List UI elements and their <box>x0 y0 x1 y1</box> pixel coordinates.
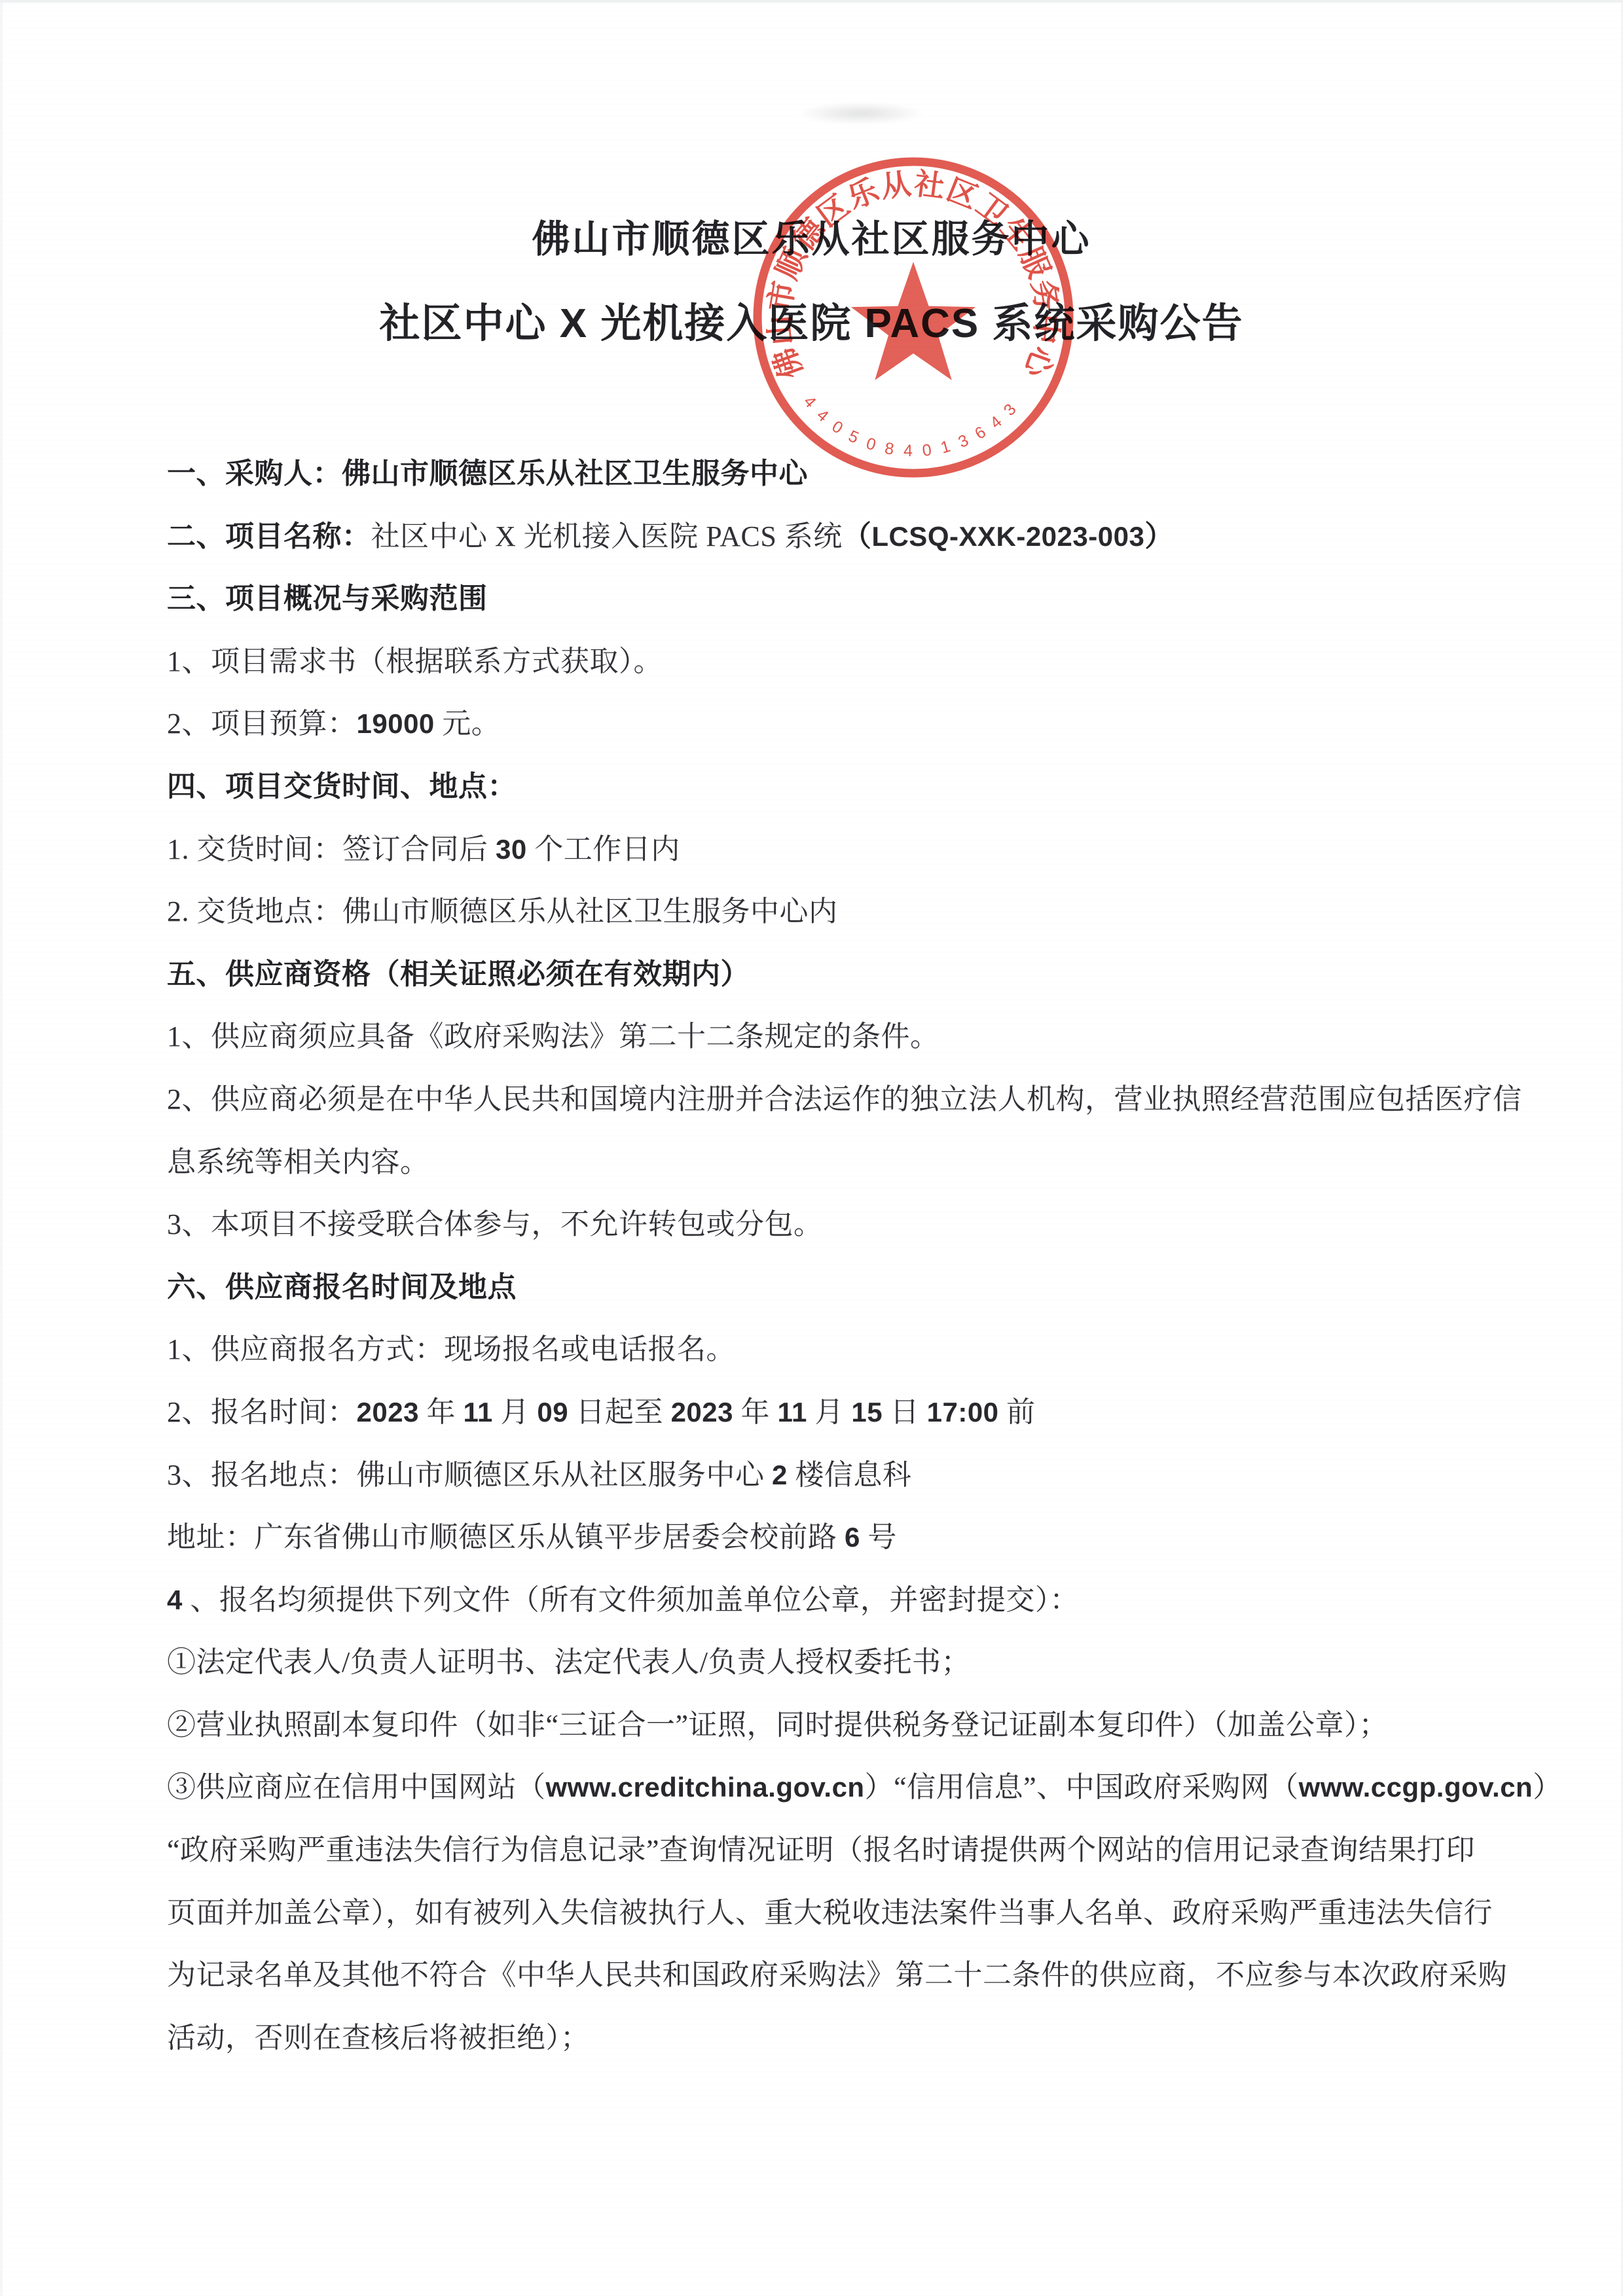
text-segment: 页面并加盖公章），如有被列入失信被执行人、重大税收违法案件当事人名单、政府采购严… <box>167 1897 1493 1929</box>
text-line: 3、报名地点：佛山市顺德区乐从社区服务中心 2 楼信息科 <box>167 1444 1525 1507</box>
text-segment: 19000 <box>357 708 435 739</box>
text-segment: ③供应商应在信用中国网站（ <box>167 1771 546 1803</box>
text-segment: 月 <box>807 1396 852 1428</box>
text-line: 2、项目预算：19000 元。 <box>167 692 1525 755</box>
text-segment: 活动，否则在查核后将被拒绝）； <box>167 2022 590 2054</box>
document-title-line1: 佛山市顺德区乐从社区服务中心 <box>0 208 1623 263</box>
text-segment: LCSQ-XXK-2023-003 <box>871 521 1144 552</box>
text-line: 1. 交货时间：签订合同后 30 个工作日内 <box>167 818 1525 881</box>
text-segment: 1. 交货时间：签订合同后 <box>167 833 496 865</box>
text-segment: 4 <box>167 1585 183 1615</box>
text-segment: 11 <box>778 1397 807 1427</box>
text-line: 四、项目交货时间、地点： <box>167 755 1525 818</box>
text-line: 1、供应商报名方式：现场报名或电话报名。 <box>167 1318 1525 1381</box>
text-segment: 二、项目名称： <box>167 520 371 552</box>
text-segment: ）“信用信息”、中国政府采购网（ <box>865 1771 1299 1803</box>
text-segment: 6 <box>845 1522 860 1552</box>
text-line: 2、报名时间：2023 年 11 月 09 日起至 2023 年 11 月 15… <box>167 1381 1525 1444</box>
text-segment: 1、供应商须应具备《政府采购法》第二十二条规定的条件。 <box>167 1020 939 1052</box>
text-segment: 30 <box>496 834 527 865</box>
text-segment: 前 <box>999 1396 1036 1428</box>
text-line: 2. 交货地点：佛山市顺德区乐从社区卫生服务中心内 <box>167 880 1525 943</box>
text-segment: ②营业执照副本复印件（如非“三证合一”证照，同时提供税务登记证副本复印件）（加盖… <box>167 1709 1388 1741</box>
text-line: 为记录名单及其他不符合《中华人民共和国政府采购法》第二十二条件的供应商，不应参与… <box>167 1944 1525 2007</box>
text-segment: 六、供应商报名时间及地点 <box>167 1271 517 1303</box>
text-segment: ） <box>1144 520 1174 552</box>
text-line: “政府采购严重违法失信行为信息记录”查询情况证明（报名时请提供两个网站的信用记录… <box>167 1819 1525 1882</box>
text-segment: 2 <box>772 1460 788 1490</box>
text-segment: 日起至 <box>568 1396 671 1428</box>
text-line: 活动，否则在查核后将被拒绝）； <box>167 2007 1525 2070</box>
text-line: 五、供应商资格（相关证照必须在有效期内） <box>167 943 1525 1006</box>
text-segment: 、报名均须提供下列文件（所有文件须加盖单位公章，并密封提交）： <box>183 1584 1079 1616</box>
scan-smudge-artifact <box>776 98 946 128</box>
text-segment: 2、项目预算： <box>167 708 357 740</box>
text-segment: 1、项目需求书（根据联系方式获取）。 <box>167 645 663 677</box>
text-segment: ①法定代表人/负责人证明书、法定代表人/负责人授权委托书； <box>167 1646 970 1678</box>
text-line: 4 、报名均须提供下列文件（所有文件须加盖单位公章，并密封提交）： <box>167 1569 1525 1632</box>
text-segment: 1、供应商报名方式：现场报名或电话报名。 <box>167 1333 735 1365</box>
text-segment: 楼信息科 <box>788 1459 912 1491</box>
text-segment: 3、报名地点：佛山市顺德区乐从社区服务中心 <box>167 1459 772 1491</box>
text-segment: 号 <box>860 1521 897 1553</box>
text-segment: 15 <box>851 1397 883 1427</box>
text-segment: www.creditchina.gov.cn <box>546 1772 865 1803</box>
text-line: 3、本项目不接受联合体参与，不允许转包或分包。 <box>167 1193 1525 1256</box>
text-line: 息系统等相关内容。 <box>167 1131 1525 1194</box>
text-segment: 社区中心 X 光机接入医院 PACS 系统 <box>371 520 843 552</box>
text-segment: 2、报名时间： <box>167 1396 357 1428</box>
document-body: 一、采购人：佛山市顺德区乐从社区卫生服务中心二、项目名称：社区中心 X 光机接入… <box>167 442 1525 2069</box>
text-segment: 日 <box>883 1396 927 1428</box>
text-segment: 2023 <box>357 1397 419 1427</box>
text-segment: “政府采购严重违法失信行为信息记录”查询情况证明（报名时请提供两个网站的信用记录… <box>167 1834 1475 1866</box>
text-segment: 三、项目概况与采购范围 <box>167 583 488 615</box>
text-segment: （ <box>843 520 872 552</box>
text-segment: 一、采购人：佛山市顺德区乐从社区卫生服务中心 <box>167 457 808 490</box>
text-segment: 11 <box>463 1397 492 1427</box>
text-segment: 2. 交货地点：佛山市顺德区乐从社区卫生服务中心内 <box>167 895 838 927</box>
text-line: 二、项目名称：社区中心 X 光机接入医院 PACS 系统（LCSQ-XXK-20… <box>167 505 1525 568</box>
text-line: 2、供应商必须是在中华人民共和国境内注册并合法运作的独立法人机构，营业执照经营范… <box>167 1068 1525 1131</box>
text-line: ②营业执照副本复印件（如非“三证合一”证照，同时提供税务登记证副本复印件）（加盖… <box>167 1694 1525 1757</box>
text-segment: 五、供应商资格（相关证照必须在有效期内） <box>167 958 750 990</box>
text-segment: 个工作日内 <box>527 833 680 865</box>
text-line: 六、供应商报名时间及地点 <box>167 1256 1525 1319</box>
document-title-line2: 社区中心 X 光机接入医院 PACS 系统采购公告 <box>0 291 1623 349</box>
text-segment: 2、供应商必须是在中华人民共和国境内注册并合法运作的独立法人机构，营业执照经营范… <box>167 1083 1522 1115</box>
text-segment: 17:00 <box>927 1397 999 1427</box>
text-segment: 月 <box>493 1396 538 1428</box>
text-segment: ） <box>1533 1771 1562 1803</box>
scanned-document-page: 佛山市顺德区乐从社区服务中心 社区中心 X 光机接入医院 PACS 系统采购公告… <box>0 0 1623 2296</box>
text-segment: 3、本项目不接受联合体参与，不允许转包或分包。 <box>167 1208 823 1240</box>
text-segment: 为记录名单及其他不符合《中华人民共和国政府采购法》第二十二条件的供应商，不应参与… <box>167 1959 1507 1991</box>
seal-ring-text: 佛山市顺德区乐从社区卫生服务中心 <box>762 166 1065 384</box>
text-segment: 元。 <box>435 708 501 740</box>
text-segment: 2023 <box>671 1397 733 1427</box>
text-segment: 地址：广东省佛山市顺德区乐从镇平步居委会校前路 <box>167 1521 845 1553</box>
text-line: ③供应商应在信用中国网站（www.creditchina.gov.cn）“信用信… <box>167 1756 1525 1819</box>
text-line: 1、供应商须应具备《政府采购法》第二十二条规定的条件。 <box>167 1005 1525 1068</box>
text-line: 1、项目需求书（根据联系方式获取）。 <box>167 630 1525 693</box>
text-line: 地址：广东省佛山市顺德区乐从镇平步居委会校前路 6 号 <box>167 1506 1525 1569</box>
text-segment: 四、项目交货时间、地点： <box>167 770 517 802</box>
text-segment: 年 <box>733 1396 778 1428</box>
text-line: 页面并加盖公章），如有被列入失信被执行人、重大税收违法案件当事人名单、政府采购严… <box>167 1882 1525 1945</box>
text-segment: 09 <box>537 1397 568 1427</box>
text-segment: 年 <box>419 1396 464 1428</box>
text-line: 一、采购人：佛山市顺德区乐从社区卫生服务中心 <box>167 442 1525 505</box>
text-segment: www.ccgp.gov.cn <box>1299 1772 1533 1803</box>
text-segment: 息系统等相关内容。 <box>167 1146 429 1178</box>
text-line: ①法定代表人/负责人证明书、法定代表人/负责人授权委托书； <box>167 1631 1525 1694</box>
text-line: 三、项目概况与采购范围 <box>167 567 1525 630</box>
